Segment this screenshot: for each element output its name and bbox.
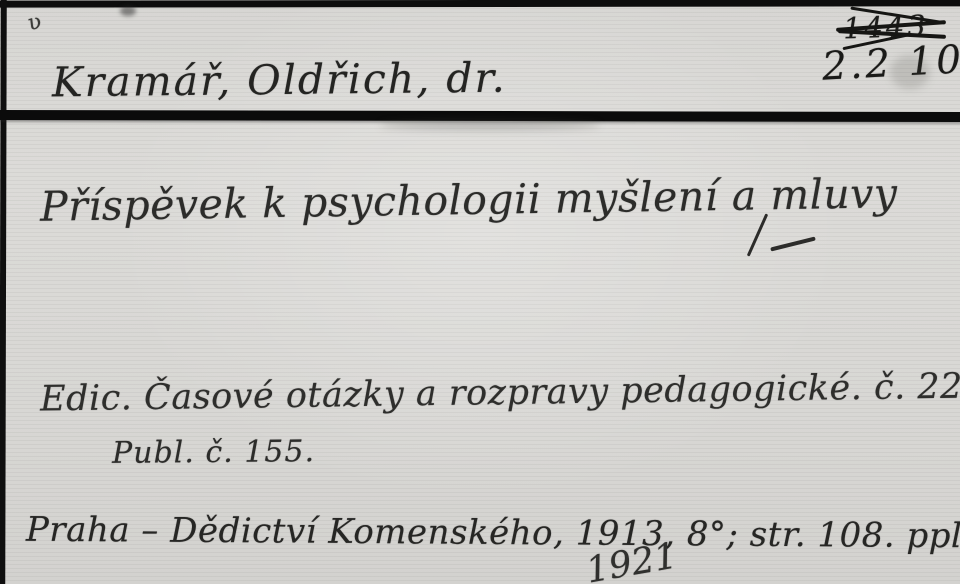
catalog-card-scan: ʋ Kramář, Oldřich, dr. 1443 2.2 10 Přísp… xyxy=(0,0,960,584)
ink-smudge xyxy=(120,6,136,16)
scan-edge-top xyxy=(0,0,960,8)
call-number: 2.2 10 xyxy=(821,40,960,86)
ink-smudge xyxy=(890,55,930,89)
imprint-line: Praha – Dědictví Komenského, 1913, 8°; s… xyxy=(26,513,960,554)
ink-smudge xyxy=(380,120,600,130)
publication-number: Publ. č. 155. xyxy=(112,437,315,469)
author-heading: Kramář, Oldřich, dr. xyxy=(52,58,507,104)
